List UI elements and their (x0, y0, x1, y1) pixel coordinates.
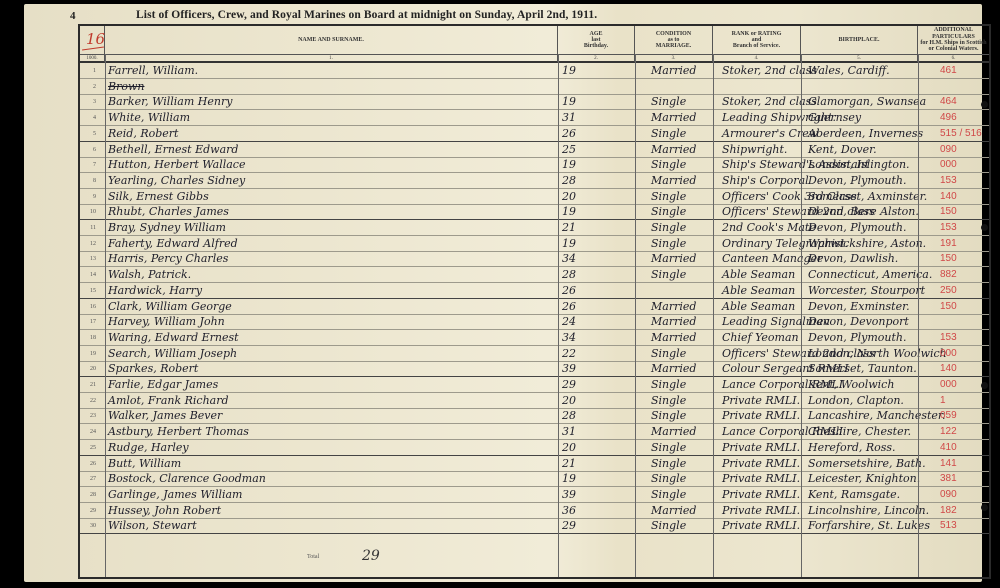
crew-name: Garlinge, James William (108, 487, 243, 503)
crew-age: 29 (562, 377, 576, 393)
crew-age: 20 (562, 440, 576, 456)
crew-age: 28 (562, 267, 576, 283)
crew-age: 25 (562, 142, 576, 158)
punch-hole (981, 101, 988, 108)
marital-condition: Single (651, 189, 686, 205)
row-number: 11 (82, 220, 96, 236)
crew-age: 26 (562, 299, 576, 315)
marital-condition: Single (651, 204, 686, 220)
marital-condition: Married (651, 361, 696, 377)
crew-age: 19 (562, 94, 576, 110)
row-number: 6 (82, 142, 96, 158)
table-row: 18Waring, Edward Ernest34MarriedChief Ye… (80, 330, 989, 346)
crew-name: Farrell, William. (108, 63, 198, 79)
table-row: 17Harvey, William John24MarriedLeading S… (80, 314, 989, 330)
crew-age: 19 (562, 157, 576, 173)
rank-rating: Able Seaman (722, 299, 795, 315)
row-number: 3 (82, 94, 96, 110)
crew-name: Search, William Joseph (108, 346, 237, 362)
marital-condition: Single (651, 518, 686, 534)
column-divider (635, 54, 636, 577)
table-row: 16Clark, William George26MarriedAble Sea… (80, 299, 989, 315)
table-row: 9Silk, Ernest Gibbs20SingleOfficers' Coo… (80, 189, 989, 205)
crew-age: 26 (562, 126, 576, 142)
birthplace-code: 141 (940, 456, 957, 472)
table-row: 29Hussey, John Robert36MarriedPrivate RM… (80, 503, 989, 519)
marital-condition: Married (651, 142, 696, 158)
crew-age: 28 (562, 173, 576, 189)
marital-condition: Single (651, 157, 686, 173)
marital-condition: Married (651, 330, 696, 346)
marital-condition: Single (651, 126, 686, 142)
birthplace: Devon, Plymouth. (808, 220, 907, 236)
page-number: 4 (70, 10, 76, 22)
crew-name: Brown (108, 79, 144, 95)
rank-rating: Chief Yeoman (722, 330, 799, 346)
crew-name: Clark, William George (108, 299, 232, 315)
crew-name: Barker, William Henry (108, 94, 232, 110)
crew-name: Hussey, John Robert (108, 503, 221, 519)
birthplace-code: 464 (940, 94, 957, 110)
birthplace-code: 150 (940, 204, 957, 220)
marital-condition: Married (651, 110, 696, 126)
crew-age: 26 (562, 283, 576, 299)
marital-condition: Married (651, 299, 696, 315)
crew-name: Reid, Robert (108, 126, 178, 142)
row-number: 14 (82, 267, 96, 283)
crew-name: Harvey, William John (108, 314, 225, 330)
birthplace-code: 140 (940, 189, 957, 205)
row-number: 16 (82, 299, 96, 315)
row-number: 17 (82, 314, 96, 330)
table-row: 19Search, William Joseph22SingleOfficers… (80, 346, 989, 362)
marital-condition: Single (651, 346, 686, 362)
crew-age: 20 (562, 393, 576, 409)
row-number: 24 (82, 424, 96, 440)
birthplace: Somerset, Taunton. (808, 361, 917, 377)
crew-name: Hutton, Herbert Wallace (108, 157, 245, 173)
birthplace-code: 250 (940, 283, 957, 299)
rank-rating: Private RMLI. (722, 471, 800, 487)
row-number: 30 (82, 518, 96, 534)
table-row: 12Faherty, Edward Alfred19SingleOrdinary… (80, 236, 989, 252)
header-condition: CONDITION as to MARRIAGE. (635, 26, 713, 54)
birthplace: Forfarshire, St. Lukes (808, 518, 930, 534)
crew-name: Rudge, Harley (108, 440, 189, 456)
birthplace-code: 191 (940, 236, 957, 252)
table-row: 3Barker, William Henry19SingleStoker, 2n… (80, 94, 989, 110)
row-number: 8 (82, 173, 96, 189)
birthplace-code: 515 / 516 (940, 126, 982, 142)
col-num-5: 5. (801, 54, 918, 63)
crew-name: White, William (108, 110, 190, 126)
punch-hole (981, 504, 988, 511)
birthplace-code: 000 (940, 377, 957, 393)
col-num-2: 2. (558, 54, 635, 63)
birthplace-code: 513 (940, 518, 957, 534)
birthplace: Devon, Bere Alston. (808, 204, 919, 220)
marital-condition: Single (651, 377, 686, 393)
crew-name: Faherty, Edward Alfred (108, 236, 238, 252)
rank-rating: Stoker, 2nd class (722, 94, 817, 110)
row-number: 4 (82, 110, 96, 126)
birthplace-code: 182 (940, 503, 957, 519)
table-row: 1Farrell, William.19MarriedStoker, 2nd c… (80, 63, 989, 79)
birthplace-code: 150 (940, 251, 957, 267)
birthplace: Somersetshire, Bath. (808, 456, 926, 472)
punch-hole (981, 224, 988, 231)
row-number: 9 (82, 189, 96, 205)
crew-name: Walker, James Bever (108, 408, 222, 424)
crew-name: Wilson, Stewart (108, 518, 197, 534)
birthplace: Lancashire, Manchester. (808, 408, 945, 424)
crew-age: 19 (562, 236, 576, 252)
birthplace: Worcester, Stourport (808, 283, 925, 299)
birthplace-code: 381 (940, 471, 957, 487)
crew-name: Farlie, Edgar James (108, 377, 218, 393)
marital-condition: Single (651, 471, 686, 487)
birthplace: Glamorgan, Swansea (808, 94, 926, 110)
row-number: 12 (82, 236, 96, 252)
crew-age: 34 (562, 330, 576, 346)
header-rank: RANK or RATING and Branch of Service. (713, 26, 801, 54)
table-row: 11Bray, Sydney William21Single2nd Cook's… (80, 220, 989, 236)
row-number: 2 (82, 79, 96, 95)
table-row: 22Amlot, Frank Richard20SinglePrivate RM… (80, 393, 989, 409)
row-number: 28 (82, 487, 96, 503)
rank-rating: Private RMLI. (722, 518, 800, 534)
table-row: 20Sparkes, Robert39MarriedColour Sergean… (80, 361, 989, 377)
rank-rating: Able Seaman (722, 267, 795, 283)
birthplace-code: 000 (940, 346, 957, 362)
birthplace-code: 882 (940, 267, 957, 283)
crew-name: Astbury, Herbert Thomas (108, 424, 249, 440)
marital-condition: Single (651, 393, 686, 409)
crew-age: 24 (562, 314, 576, 330)
crew-name: Yearling, Charles Sidney (108, 173, 245, 189)
row-number: 23 (82, 408, 96, 424)
crew-name: Bethell, Ernest Edward (108, 142, 238, 158)
birthplace-code: 410 (940, 440, 957, 456)
birthplace-code: 090 (940, 142, 957, 158)
row-number: 27 (82, 471, 96, 487)
col-num-6: 6. (918, 54, 989, 63)
punch-hole (981, 382, 988, 389)
table-row: 30Wilson, Stewart29SinglePrivate RMLI.Fo… (80, 518, 989, 534)
birthplace: Devon, Exminster. (808, 299, 910, 315)
row-number: 25 (82, 440, 96, 456)
rank-rating: Shipwright. (722, 142, 787, 158)
rank-rating: Private RMLI. (722, 393, 800, 409)
crew-age: 28 (562, 408, 576, 424)
table-row: 27Bostock, Clarence Goodman19SinglePriva… (80, 471, 989, 487)
marital-condition: Single (651, 440, 686, 456)
birthplace-code: 000 (940, 157, 957, 173)
birthplace: Devon, Devonport (808, 314, 909, 330)
crew-name: Waring, Edward Ernest (108, 330, 239, 346)
crew-table: NAME AND SURNAME. AGE last Birthday. CON… (78, 24, 991, 579)
birthplace: Devon, Plymouth. (808, 173, 907, 189)
crew-age: 22 (562, 346, 576, 362)
birthplace-code: 1 (940, 393, 946, 409)
birthplace: London, North Woolwich (808, 346, 947, 362)
crew-name: Silk, Ernest Gibbs (108, 189, 209, 205)
crew-age: 21 (562, 456, 576, 472)
birthplace: Lincolnshire, Lincoln. (808, 503, 929, 519)
marital-condition: Single (651, 94, 686, 110)
crew-name: Amlot, Frank Richard (108, 393, 229, 409)
marital-condition: Single (651, 236, 686, 252)
rank-rating: Private RMLI. (722, 487, 800, 503)
marital-condition: Single (651, 456, 686, 472)
header-birthplace: BIRTHPLACE. (801, 26, 918, 54)
marital-condition: Married (651, 173, 696, 189)
birthplace: Connecticut, America. (808, 267, 932, 283)
table-row: 6Bethell, Ernest Edward25MarriedShipwrig… (80, 142, 989, 158)
marital-condition: Married (651, 314, 696, 330)
column-divider (918, 54, 919, 577)
crew-name: Sparkes, Robert (108, 361, 198, 377)
birthplace-code: 461 (940, 63, 957, 79)
header-additional: ADDITIONAL PARTICULARS for H.M. Ships in… (918, 26, 989, 54)
column-divider (801, 54, 802, 577)
rank-rating: Ship's Corporal (722, 173, 809, 189)
table-row: 5Reid, Robert26SingleArmourer's CrewAber… (80, 126, 989, 142)
crew-age: 39 (562, 487, 576, 503)
crew-age: 19 (562, 63, 576, 79)
crew-age: 21 (562, 220, 576, 236)
total-label: Total (307, 554, 319, 560)
birthplace: Wales, Cardiff. (808, 63, 890, 79)
birthplace: London, Clapton. (808, 393, 904, 409)
crew-name: Bostock, Clarence Goodman (108, 471, 266, 487)
table-row: 4White, William31MarriedLeading Shipwrig… (80, 110, 989, 126)
rank-rating: Private RMLI. (722, 456, 800, 472)
crew-name: Walsh, Patrick. (108, 267, 191, 283)
birthplace: Leicester, Knighton. (808, 471, 920, 487)
table-row: 25Rudge, Harley20SinglePrivate RMLI.Here… (80, 440, 989, 456)
row-number-header: 1000. (80, 54, 105, 63)
birthplace-code: 140 (940, 361, 957, 377)
column-divider (713, 54, 714, 577)
row-number: 13 (82, 251, 96, 267)
crew-age: 34 (562, 251, 576, 267)
row-number: 10 (82, 204, 96, 220)
row-number: 1 (82, 63, 96, 79)
crew-name: Harris, Percy Charles (108, 251, 228, 267)
census-page: 4 List of Officers, Crew, and Royal Mari… (24, 4, 982, 582)
table-row: 24Astbury, Herbert Thomas31MarriedLance … (80, 424, 989, 440)
marital-condition: Single (651, 408, 686, 424)
header-name: NAME AND SURNAME. (105, 26, 558, 54)
crew-age: 19 (562, 204, 576, 220)
birthplace-code: 090 (940, 487, 957, 503)
table-row: 10Rhubt, Charles James19SingleOfficers' … (80, 204, 989, 220)
marital-condition: Married (651, 503, 696, 519)
row-number: 26 (82, 456, 96, 472)
birthplace-code: 153 (940, 330, 957, 346)
rank-rating: Stoker, 2nd class (722, 63, 817, 79)
schedule-reference: 16 (86, 30, 105, 48)
table-row: 14Walsh, Patrick.28SingleAble SeamanConn… (80, 267, 989, 283)
table-row: 13Harris, Percy Charles34MarriedCanteen … (80, 251, 989, 267)
column-divider (558, 54, 559, 577)
crew-age: 31 (562, 110, 576, 126)
row-number: 18 (82, 330, 96, 346)
crew-name: Butt, William (108, 456, 181, 472)
birthplace: Guernsey (808, 110, 861, 126)
table-row: 15Hardwick, Harry26Able SeamanWorcester,… (80, 283, 989, 299)
row-number: 21 (82, 377, 96, 393)
table-row: 8Yearling, Charles Sidney28MarriedShip's… (80, 173, 989, 189)
row-number: 20 (82, 361, 96, 377)
birthplace: Kent, Woolwich (808, 377, 894, 393)
col-num-4: 4. (713, 54, 801, 63)
birthplace-code: 153 (940, 173, 957, 189)
crew-age: 29 (562, 518, 576, 534)
header-age: AGE last Birthday. (558, 26, 635, 54)
marital-condition: Single (651, 487, 686, 503)
table-row: 23Walker, James Bever28SinglePrivate RML… (80, 408, 989, 424)
birthplace: Aberdeen, Inverness (808, 126, 923, 142)
birthplace: Kent, Dover. (808, 142, 877, 158)
crew-age: 19 (562, 471, 576, 487)
col-num-3: 3. (635, 54, 713, 63)
column-divider (105, 54, 106, 577)
row-number: 5 (82, 126, 96, 142)
rank-rating: Armourer's Crew (722, 126, 818, 142)
table-row: 2Brown (80, 79, 989, 95)
page-title: List of Officers, Crew, and Royal Marine… (136, 9, 597, 21)
birthplace: Somerset, Axminster. (808, 189, 927, 205)
crew-name: Hardwick, Harry (108, 283, 202, 299)
rank-rating: Private RMLI. (722, 408, 800, 424)
marital-condition: Married (651, 63, 696, 79)
crew-name: Rhubt, Charles James (108, 204, 229, 220)
row-number: 22 (82, 393, 96, 409)
birthplace-code: 153 (940, 220, 957, 236)
rank-rating: Private RMLI. (722, 503, 800, 519)
table-row: 21Farlie, Edgar James29SingleLance Corpo… (80, 377, 989, 393)
crew-name: Bray, Sydney William (108, 220, 226, 236)
marital-condition: Single (651, 220, 686, 236)
birthplace: Hereford, Ross. (808, 440, 896, 456)
crew-age: 36 (562, 503, 576, 519)
crew-age: 31 (562, 424, 576, 440)
col-num-1: 1. (105, 54, 558, 63)
marital-condition: Married (651, 251, 696, 267)
birthplace: Kent, Ramsgate. (808, 487, 900, 503)
marital-condition: Married (651, 424, 696, 440)
crew-age: 20 (562, 189, 576, 205)
row-number: 7 (82, 157, 96, 173)
rank-rating: Private RMLI. (722, 440, 800, 456)
total-value: 29 (362, 548, 380, 564)
birthplace-code: 150 (940, 299, 957, 315)
row-number: 15 (82, 283, 96, 299)
birthplace-code: 122 (940, 424, 957, 440)
table-row: 28Garlinge, James William39SinglePrivate… (80, 487, 989, 503)
birthplace: London, Islington. (808, 157, 910, 173)
marital-condition: Single (651, 267, 686, 283)
row-number: 29 (82, 503, 96, 519)
birthplace: Devon, Dawlish. (808, 251, 898, 267)
row-number: 19 (82, 346, 96, 362)
table-row: 7Hutton, Herbert Wallace19SingleShip's S… (80, 157, 989, 173)
table-row: 26Butt, William21SinglePrivate RMLI.Some… (80, 456, 989, 472)
birthplace: Cheshire, Chester. (808, 424, 911, 440)
crew-age: 39 (562, 361, 576, 377)
birthplace: Warwickshire, Aston. (808, 236, 926, 252)
rank-rating: Able Seaman (722, 283, 795, 299)
birthplace: Devon, Plymouth. (808, 330, 907, 346)
birthplace-code: 496 (940, 110, 957, 126)
birthplace-code: 059 (940, 408, 957, 424)
